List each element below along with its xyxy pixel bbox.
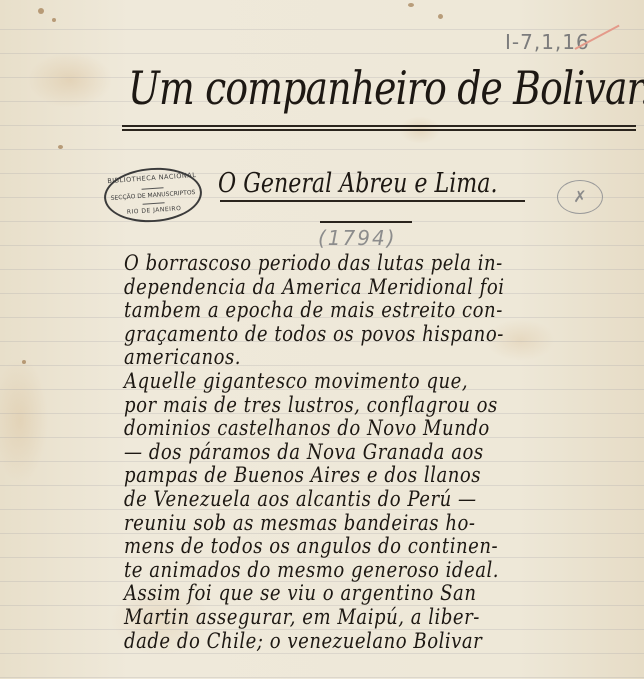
text-line: Aquelle gigantesco movimento que,	[124, 370, 571, 394]
manuscript-page: I-7,1,16 Um companheiro de Bolivar. BIBL…	[0, 0, 644, 679]
subtitle-underline	[220, 200, 525, 202]
subtitle-separator	[320, 221, 412, 223]
document-title: Um companheiro de Bolivar.	[128, 58, 546, 118]
foxing-spot	[438, 14, 443, 19]
foxing-spot	[22, 360, 26, 364]
text-line: dominios castelhanos do Novo Mundo	[124, 417, 571, 441]
text-line: mens de todos os angulos do continen-	[124, 535, 571, 559]
stamp-divider	[142, 187, 164, 190]
year-note: (1794)	[318, 226, 397, 250]
manuscript-body: O borrascoso periodo das lutas pela in- …	[124, 252, 644, 653]
foxing-spot	[408, 3, 414, 7]
foxing-spot	[52, 18, 56, 22]
text-line: dependencia da America Meridional foi	[124, 276, 571, 300]
text-line: tambem a epocha de mais estreito con-	[124, 299, 571, 323]
text-line: dade do Chile; o venezuelano Bolivar	[124, 630, 571, 654]
text-line: graçamento de todos os povos hispano-	[124, 323, 571, 347]
circled-x-mark-icon: ✗	[557, 180, 603, 214]
foxing-spot	[38, 8, 44, 14]
text-line: Martin assegurar, em Maipú, a liber-	[124, 606, 571, 630]
text-line: O borrascoso periodo das lutas pela in-	[124, 252, 571, 276]
document-subtitle: O General Abreu e Lima.	[218, 168, 498, 199]
stamp-section: SECÇÃO DE MANUSCRIPTOS	[106, 189, 200, 203]
text-line: Assim foi que se viu o argentino San	[124, 582, 571, 606]
stamp-divider	[143, 202, 165, 205]
text-line: reuniu sob as mesmas bandeiras ho-	[124, 512, 571, 536]
text-line: — dos páramos da Nova Granada aos	[124, 441, 571, 465]
text-line: pampas de Buenos Aires e dos llanos	[124, 464, 571, 488]
title-double-underline	[122, 125, 636, 131]
text-line: americanos.	[124, 346, 571, 370]
text-line: por mais de tres lustros, conflagrou os	[124, 394, 571, 418]
text-line: de Venezuela aos alcantis do Perú —	[124, 488, 571, 512]
text-line: te animados do mesmo generoso ideal.	[124, 559, 571, 583]
foxing-spot	[58, 145, 63, 149]
catalog-number: I-7,1,16	[505, 30, 590, 54]
